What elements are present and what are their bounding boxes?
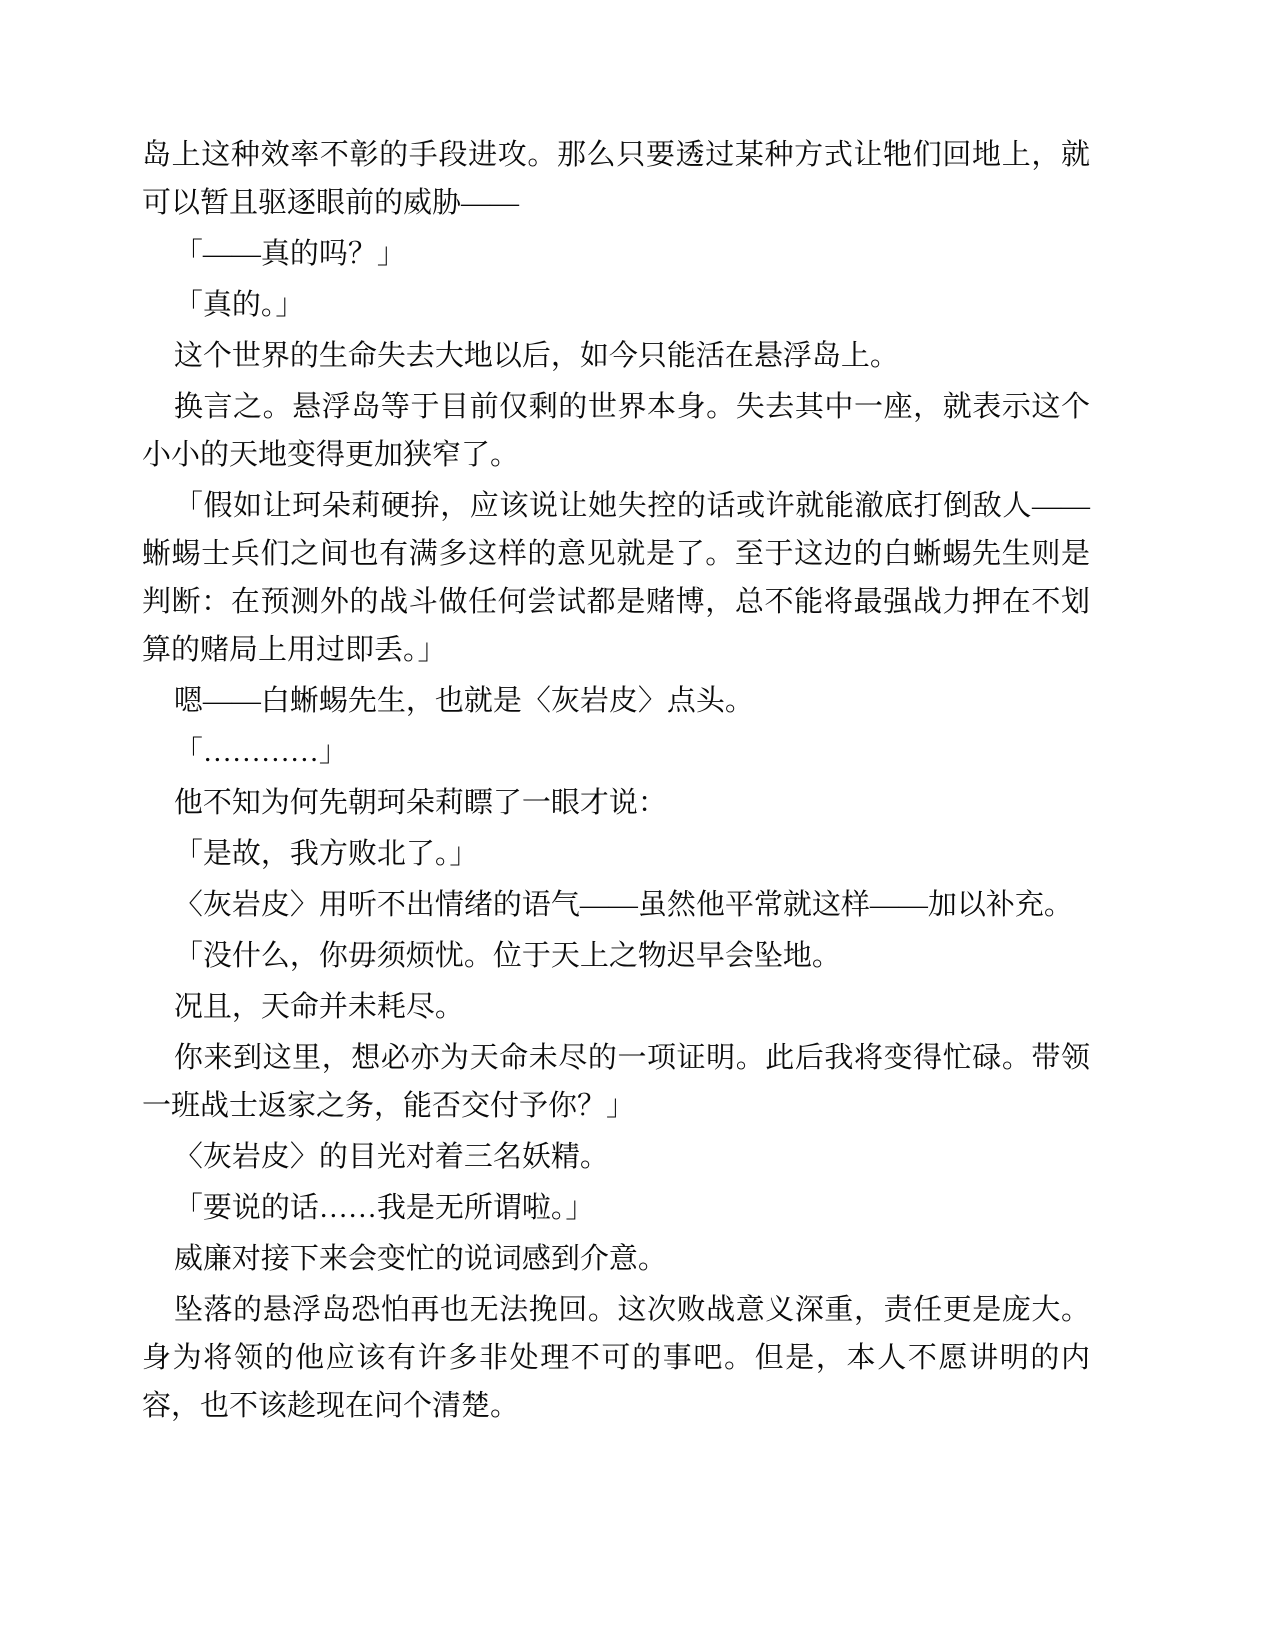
novel-paragraph: 你来到这里，想必亦为天命未尽的一项证明。此后我将变得忙碌。带领一班战士返家之务，… xyxy=(142,1034,1090,1130)
novel-paragraph: 他不知为何先朝珂朵莉瞟了一眼才说： xyxy=(142,779,1090,827)
novel-paragraph: 「…………」 xyxy=(142,728,1090,776)
novel-paragraph: 「没什么，你毋须烦忧。位于天上之物迟早会坠地。 xyxy=(142,932,1090,980)
novel-paragraph: 威廉对接下来会变忙的说词感到介意。 xyxy=(142,1235,1090,1283)
novel-paragraph: 〈灰岩皮〉用听不出情绪的语气——虽然他平常就这样——加以补充。 xyxy=(142,881,1090,929)
novel-paragraph: 「——真的吗？」 xyxy=(142,230,1090,278)
novel-paragraph: 岛上这种效率不彰的手段进攻。那么只要透过某种方式让牠们回地上，就可以暂且驱逐眼前… xyxy=(142,131,1090,227)
novel-paragraph: 嗯——白蜥蜴先生，也就是〈灰岩皮〉点头。 xyxy=(142,677,1090,725)
novel-paragraph: 〈灰岩皮〉的目光对着三名妖精。 xyxy=(142,1133,1090,1181)
novel-paragraph: 「要说的话……我是无所谓啦。」 xyxy=(142,1184,1090,1232)
novel-paragraph: 「假如让珂朵莉硬拚，应该说让她失控的话或许就能澈底打倒敌人——蜥蜴士兵们之间也有… xyxy=(142,482,1090,674)
novel-paragraph: 坠落的悬浮岛恐怕再也无法挽回。这次败战意义深重，责任更是庞大。身为将领的他应该有… xyxy=(142,1286,1090,1430)
novel-paragraph: 「是故，我方败北了。」 xyxy=(142,830,1090,878)
novel-paragraph: 换言之。悬浮岛等于目前仅剩的世界本身。失去其中一座，就表示这个小小的天地变得更加… xyxy=(142,383,1090,479)
novel-page: 岛上这种效率不彰的手段进攻。那么只要透过某种方式让牠们回地上，就可以暂且驱逐眼前… xyxy=(0,0,1275,1650)
novel-paragraph: 「真的。」 xyxy=(142,281,1090,329)
novel-paragraph: 况且，天命并未耗尽。 xyxy=(142,983,1090,1031)
novel-text-block: 岛上这种效率不彰的手段进攻。那么只要透过某种方式让牠们回地上，就可以暂且驱逐眼前… xyxy=(142,131,1090,1433)
novel-paragraph: 这个世界的生命失去大地以后，如今只能活在悬浮岛上。 xyxy=(142,332,1090,380)
